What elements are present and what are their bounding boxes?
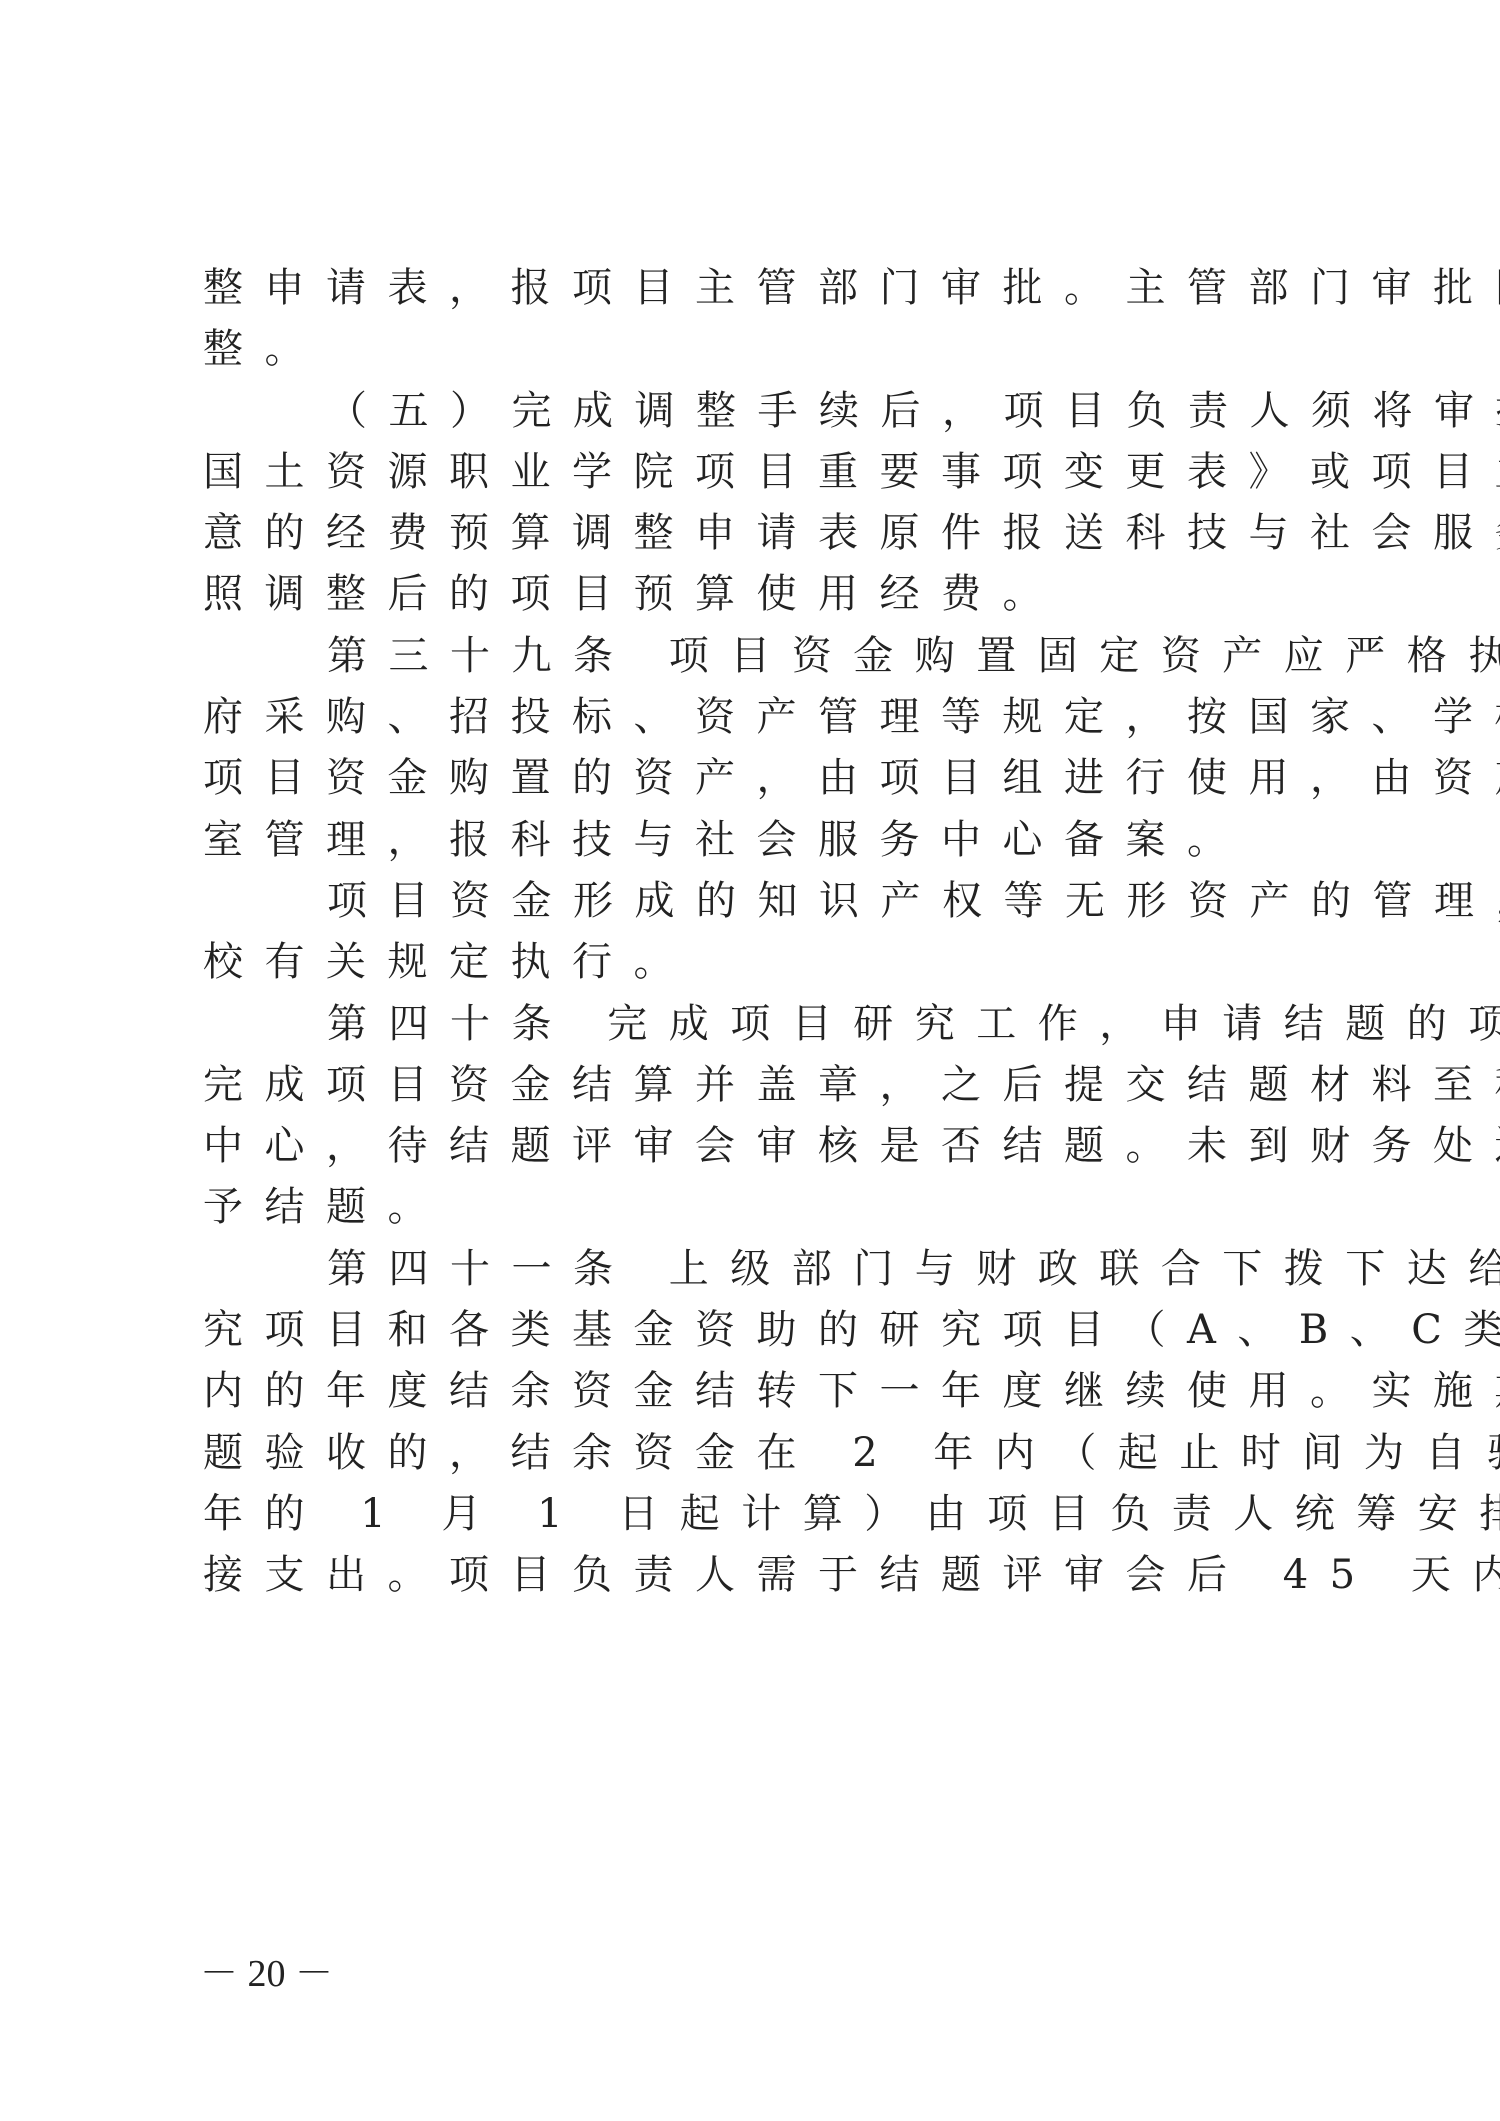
- text-line: 内的年度结余资金结转下一年度继续使用。实施期满后，通过结: [203, 1361, 1313, 1422]
- text-line: 整申请表，报项目主管部门审批。主管部门审批同意后，方可调: [203, 258, 1313, 319]
- text-line: 照调整后的项目预算使用经费。: [203, 564, 1313, 625]
- page-number: － 20 －: [200, 1942, 333, 1997]
- article-41-start: 第四十一条 上级部门与财政联合下拨下达给学院的各类研: [203, 1239, 1313, 1300]
- text-line: 意的经费预算调整申请表原件报送科技与社会服务中心，方可按: [203, 503, 1313, 564]
- article-40-start: 第四十条 完成项目研究工作，申请结题的项目应到财务处: [203, 994, 1313, 1055]
- paragraph-item-five-start: （五）完成调整手续后，项目负责人须将审批同意的《云南: [203, 381, 1313, 442]
- text-line: 究项目和各类基金资助的研究项目（A、B、C类），项目实施期: [203, 1300, 1313, 1361]
- text-line: 国土资源职业学院项目重要事项变更表》或项目主管部门审批同: [203, 442, 1313, 503]
- text-line: 接支出。项目负责人需于结题评审会后 45 天内提出结余经费使: [203, 1545, 1313, 1606]
- text-line: 题验收的，结余资金在 2 年内（起止时间为自验收结论下达后次: [203, 1423, 1313, 1484]
- text-line: 中心，待结题评审会审核是否结题。未到财务处进行结算的，不: [203, 1116, 1313, 1177]
- document-body: 整申请表，报项目主管部门审批。主管部门审批同意后，方可调 整。 （五）完成调整手…: [203, 258, 1313, 1607]
- document-page: 整申请表，报项目主管部门审批。主管部门审批同意后，方可调 整。 （五）完成调整手…: [0, 0, 1500, 2121]
- text-line: 府采购、招投标、资产管理等规定，按国家、学校相关规定执行。: [203, 687, 1313, 748]
- text-line: 项目资金购置的资产，由项目组进行使用，由资产基建管理办公: [203, 748, 1313, 809]
- text-line: 年的 1 月 1 日起计算）由项目负责人统筹安排用于科研活动的直: [203, 1484, 1313, 1545]
- text-line: 整。: [203, 319, 1313, 380]
- text-line: 完成项目资金结算并盖章，之后提交结题材料至科技与社会服务: [203, 1055, 1313, 1116]
- text-line: 校有关规定执行。: [203, 932, 1313, 993]
- paragraph-intangible-assets-start: 项目资金形成的知识产权等无形资产的管理，按照国家或学: [203, 871, 1313, 932]
- text-line: 予结题。: [203, 1177, 1313, 1238]
- text-line: 室管理，报科技与社会服务中心备案。: [203, 810, 1313, 871]
- article-39-start: 第三十九条 项目资金购置固定资产应严格执行国家有关政: [203, 626, 1313, 687]
